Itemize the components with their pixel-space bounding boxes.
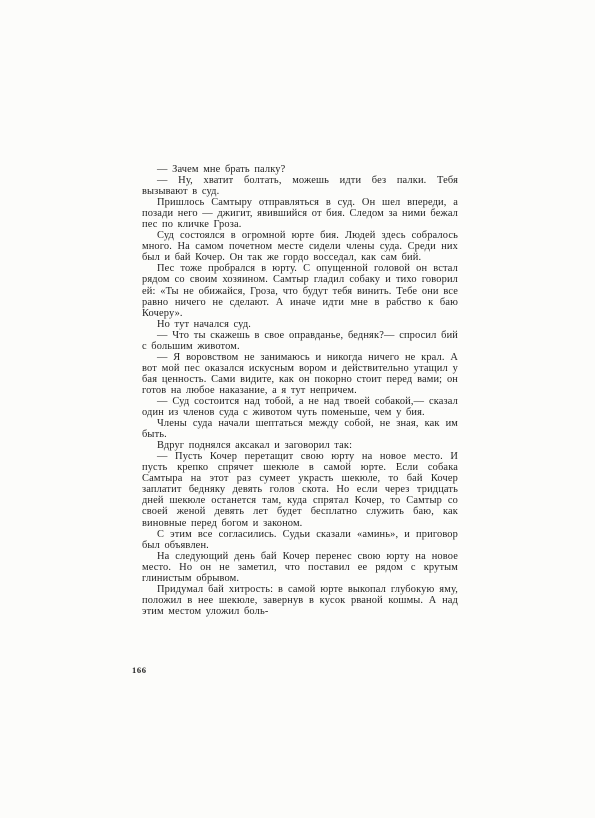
paragraph: — Что ты скажешь в свое оправданье, бедн… [142, 330, 458, 352]
paragraph: Придумал бай хитрость: в самой юрте выко… [142, 584, 458, 617]
paragraph: Пришлось Самтыру отправляться в суд. Он … [142, 197, 458, 230]
paragraph: На следующий день бай Кочер перенес свою… [142, 551, 458, 584]
page-number: 166 [132, 665, 147, 675]
paragraph: — Зачем мне брать палку? [142, 164, 458, 175]
book-page: — Зачем мне брать палку?— Ну, хватит бол… [0, 0, 595, 818]
paragraph: — Пусть Кочер перетащит свою юрту на нов… [142, 451, 458, 528]
paragraph: — Я воровством не занимаюсь и никогда ни… [142, 352, 458, 396]
page-text-block: — Зачем мне брать палку?— Ну, хватит бол… [142, 164, 458, 617]
paragraph: Вдруг поднялся аксакал и заговорил так: [142, 440, 458, 451]
paragraph: Но тут начался суд. [142, 319, 458, 330]
paragraph: Суд состоялся в огромной юрте бия. Людей… [142, 230, 458, 263]
paragraph: Члены суда начали шептаться между собой,… [142, 418, 458, 440]
paragraph: С этим все согласились. Судьи сказали «а… [142, 529, 458, 551]
paragraph: — Суд состоится над тобой, а не над твое… [142, 396, 458, 418]
paragraph: — Ну, хватит болтать, можешь идти без па… [142, 175, 458, 197]
paragraph: Пес тоже пробрался в юрту. С опущенной г… [142, 263, 458, 318]
